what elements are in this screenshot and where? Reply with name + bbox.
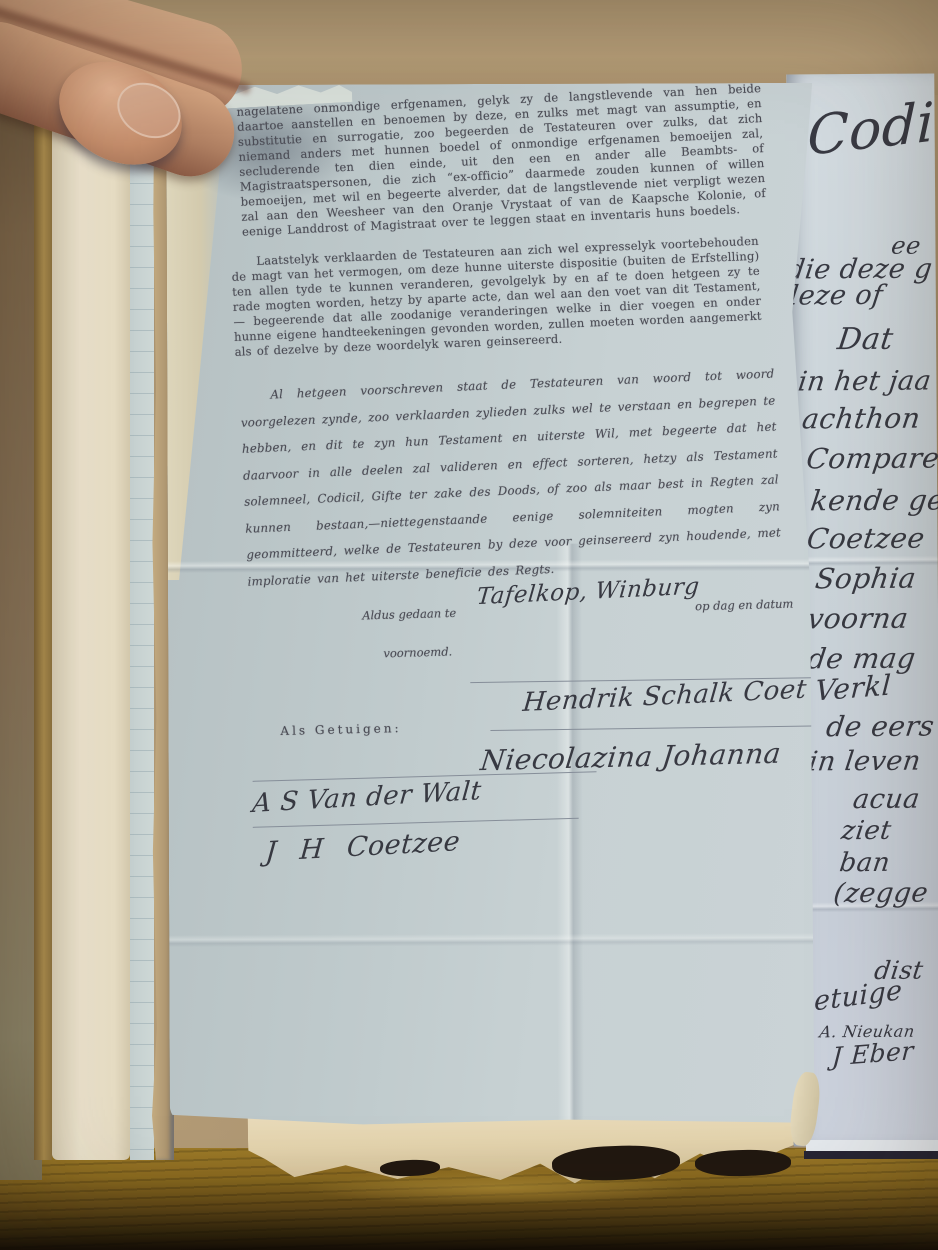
will-paragraph-1: nagelatene onmondige erfgenamen, gelyk z… — [236, 83, 767, 240]
witness-rule — [253, 818, 579, 828]
codicil-line: kende ge — [809, 483, 938, 517]
will-paragraph-2: Laatstelyk verklaarden de Testateuren aa… — [231, 234, 763, 360]
codicil-line: ziet — [839, 816, 893, 846]
witness-label: Als Getuigen: — [280, 721, 401, 738]
cream-page-edge — [52, 58, 130, 1160]
codicil-line: in leven — [807, 746, 923, 778]
witness-signature-1: A S Van der Walt — [251, 776, 483, 819]
codicil-line: Verkl — [814, 669, 892, 708]
codicil-line: voorna — [806, 602, 911, 636]
testator-signature-2: Niecolazina Johanna — [479, 737, 783, 777]
execution-clause-suffix: op dag en datum — [695, 597, 794, 614]
codicil-heading: Codi — [807, 90, 936, 168]
book-cover-edge — [34, 58, 52, 1160]
codicil-line: de eers — [824, 709, 936, 743]
codicil-line: Dat — [835, 322, 895, 357]
codicil-line: acua — [851, 784, 922, 815]
vertical-fold-crease — [556, 544, 584, 1124]
codicil-line: leze of — [788, 280, 885, 312]
printed-will-page: nagelatene onmondige erfgenamen, gelyk z… — [166, 83, 816, 1125]
codicil-page-bottom-shadow — [804, 1151, 938, 1159]
will-paragraph-3: Al hetgeen voorschreven staat de Testate… — [239, 360, 782, 594]
hand — [0, 0, 300, 210]
execution-clause-prefix: Aldus gedaan te — [362, 606, 456, 623]
lined-page-edge — [130, 58, 154, 1160]
codicil-line: Coetzee — [805, 522, 927, 556]
codicil-witness-signature: J Eber — [831, 1036, 915, 1072]
execution-clause-line2: voornoemd. — [383, 644, 452, 660]
codicil-line: achthon — [800, 402, 922, 436]
photograph-of-archival-will: Codi ee die deze g leze of Dat in het ja… — [0, 0, 938, 1250]
witness-signature-2: J H Coetzee — [264, 826, 461, 868]
codicil-line: in het jaa — [796, 366, 933, 398]
codicil-line: ban — [838, 848, 892, 878]
horizontal-fold-crease — [169, 933, 815, 947]
codicil-line: Sophia — [813, 562, 918, 596]
signature-rule — [490, 725, 814, 731]
codicil-line: (zegge — [832, 878, 930, 910]
codicil-line: Compare — [804, 441, 938, 475]
